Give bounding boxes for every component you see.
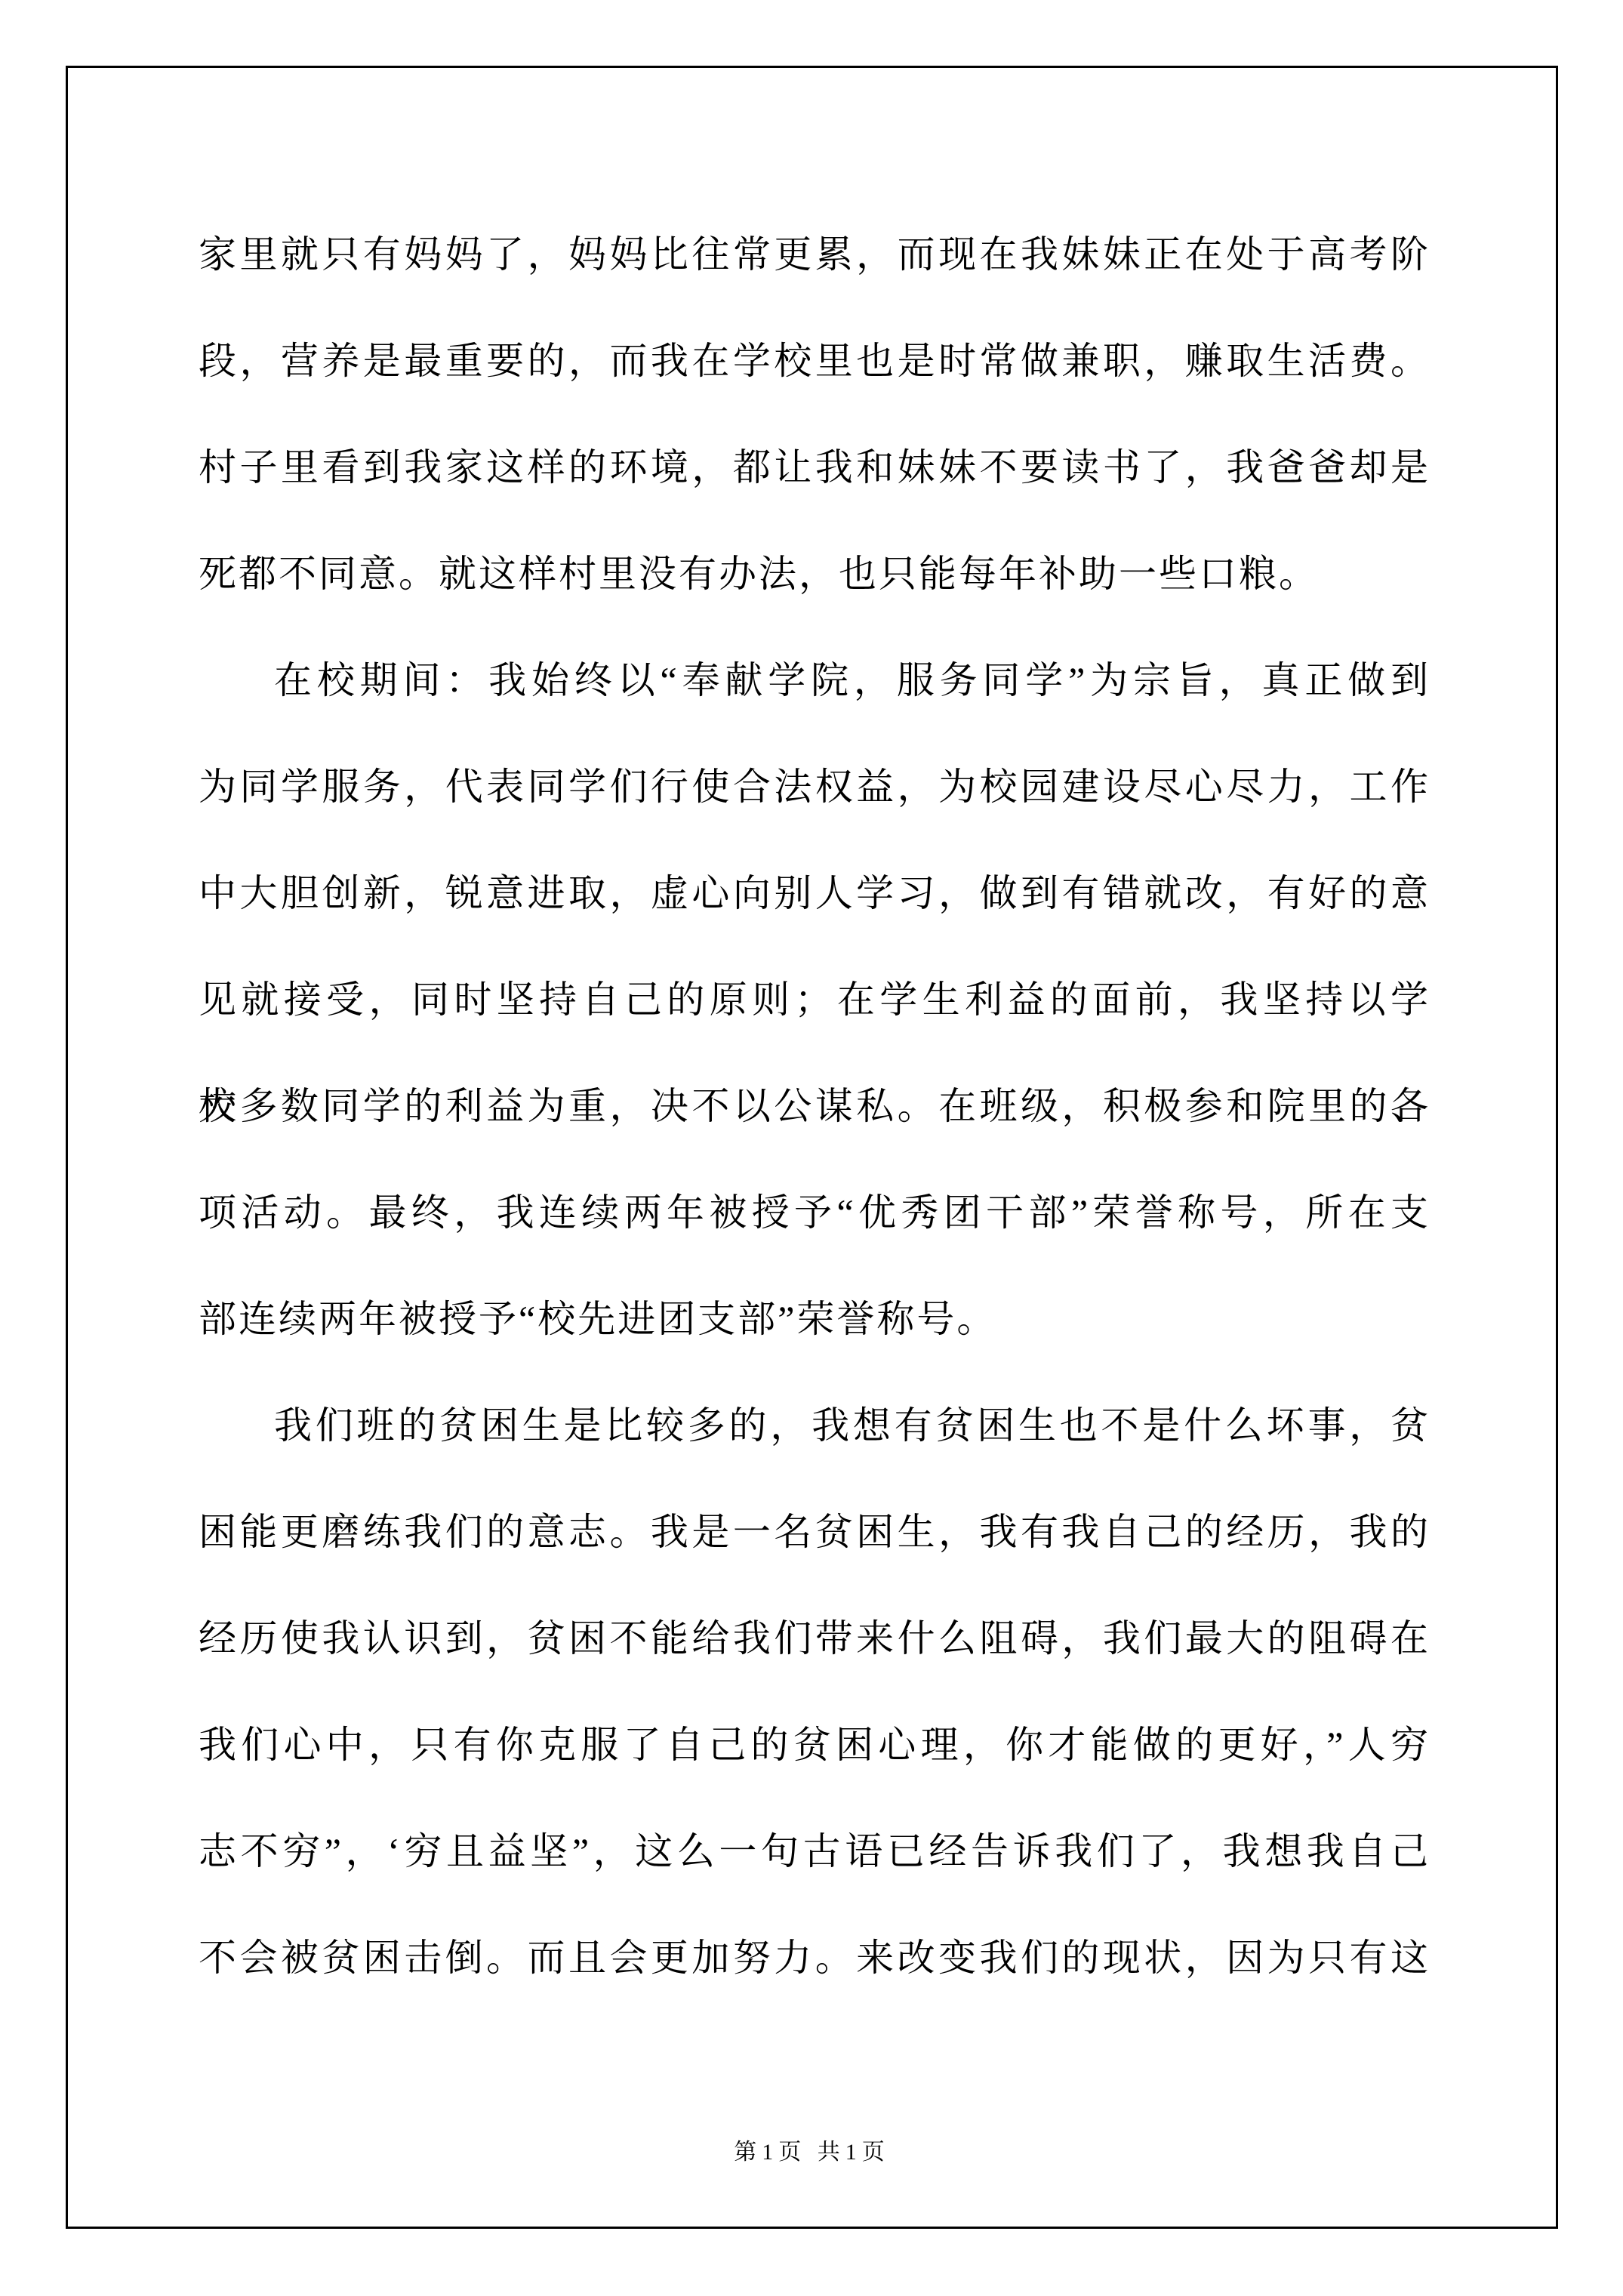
text-line: 部连续两年被授予“校先进团支部”荣誉称号。 [199, 1266, 1431, 1373]
text-line: 段，营养是最重要的，而我在学校里也是时常做兼职，赚取生活费。 [199, 308, 1431, 415]
text-line: 见就接受，同时坚持自己的原则；在学生利益的面前，我坚持以学校、 [199, 947, 1431, 1053]
page-footer: 第1页 共1页 [68, 2133, 1556, 2166]
document-page: 家里就只有妈妈了，妈妈比往常更累，而现在我妹妹正在处于高考阶段，营养是最重要的，… [0, 0, 1623, 2296]
body-text: 家里就只有妈妈了，妈妈比往常更累，而现在我妹妹正在处于高考阶段，营养是最重要的，… [199, 202, 1431, 2011]
text-line: 村子里看到我家这样的环境，都让我和妹妹不要读书了，我爸爸却是 [199, 415, 1431, 521]
text-line: 志不穷”，‘穷且益坚”，这么一句古语已经告诉我们了，我想我自己 [199, 1798, 1431, 1905]
text-line: 不会被贫困击倒。而且会更加努力。来改变我们的现状，因为只有这 [199, 1905, 1431, 2011]
text-line: 死都不同意。就这样村里没有办法，也只能每年补助一些口粮。 [199, 521, 1431, 627]
page-number-label: 第1页 共1页 [734, 2140, 890, 2165]
text-line: 中大胆创新，锐意进取，虚心向别人学习，做到有错就改，有好的意 [199, 840, 1431, 947]
text-line: 项活动。最终，我连续两年被授予“优秀团干部”荣誉称号，所在支 [199, 1160, 1431, 1266]
text-line: 家里就只有妈妈了，妈妈比往常更累，而现在我妹妹正在处于高考阶 [199, 202, 1431, 308]
page-border-frame: 家里就只有妈妈了，妈妈比往常更累，而现在我妹妹正在处于高考阶段，营养是最重要的，… [66, 66, 1558, 2229]
text-line: 为同学服务，代表同学们行使合法权益，为校园建设尽心尽力，工作 [199, 734, 1431, 840]
text-line: 经历使我认识到，贫困不能给我们带来什么阻碍，我们最大的阻碍在 [199, 1586, 1431, 1692]
text-line: 我们心中，只有你克服了自己的贫困心理，你才能做的更好，”人穷 [199, 1692, 1431, 1798]
text-line: 在校期间：我始终以“奉献学院，服务同学”为宗旨，真正做到 [199, 627, 1431, 734]
text-line: 我们班的贫困生是比较多的，我想有贫困生也不是什么坏事，贫 [199, 1373, 1431, 1479]
text-line: 大多数同学的利益为重，决不以公谋私。在班级，积极参和院里的各 [199, 1053, 1431, 1160]
text-line: 困能更磨练我们的意志。我是一名贫困生，我有我自己的经历，我的 [199, 1479, 1431, 1586]
